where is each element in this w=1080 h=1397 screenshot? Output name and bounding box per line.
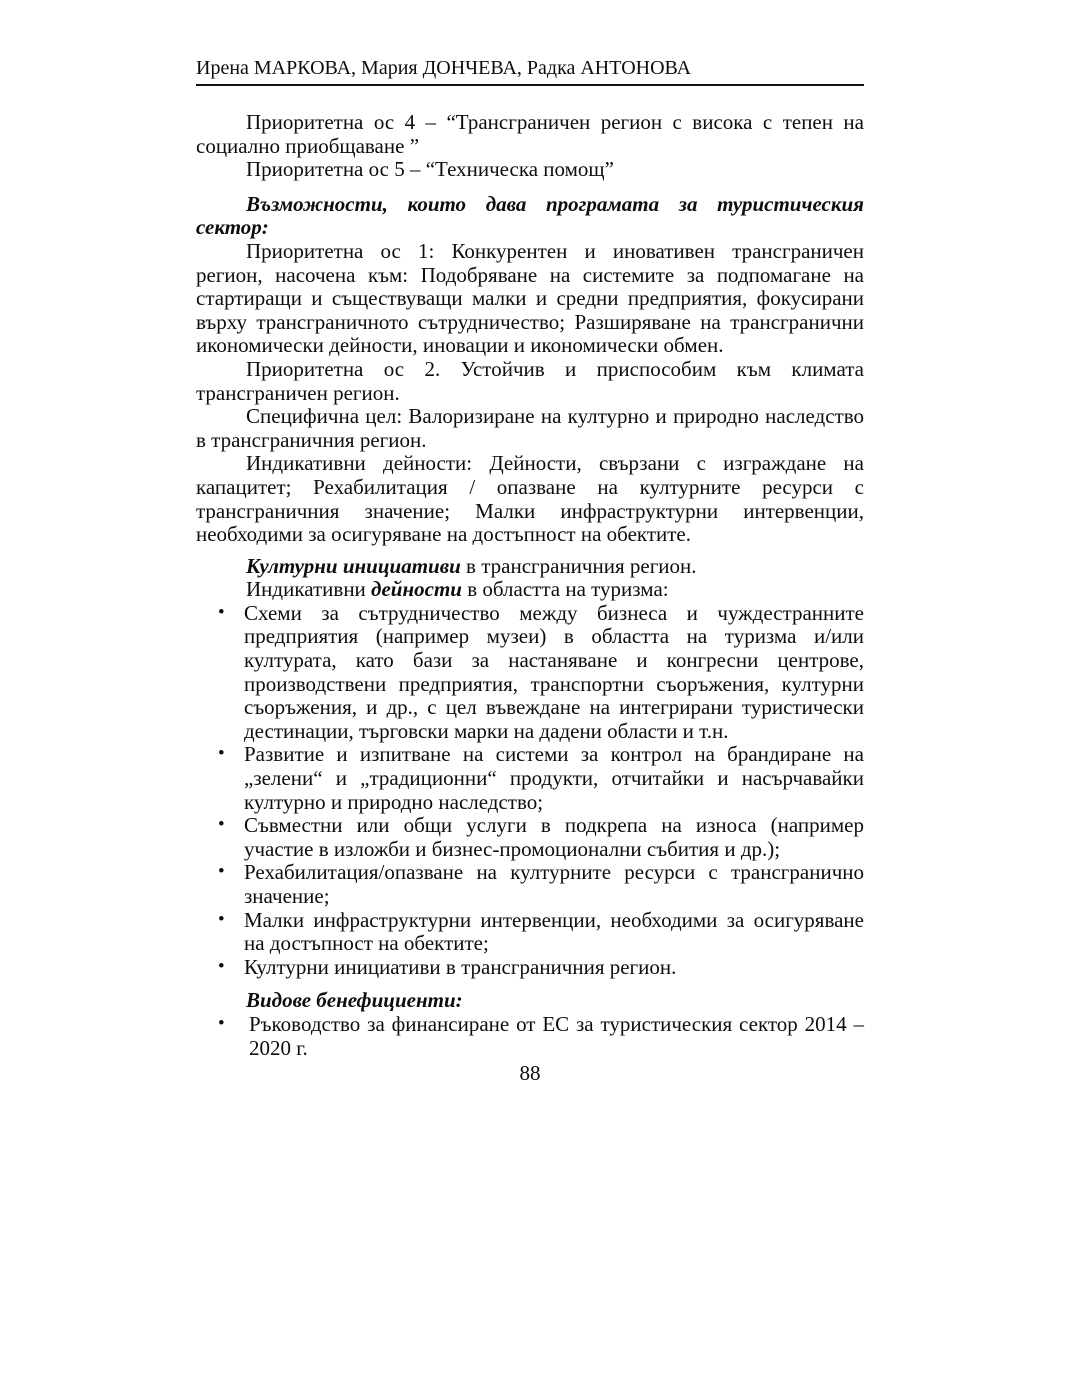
bullet-item-cultural-initiatives: • Културни инициативи в трансграничния р… [196, 956, 864, 980]
paragraph-priority-axis-5: Приоритетна ос 5 – “Техническа помощ” [196, 158, 864, 182]
bullet-text: Рехабилитация/опазване на културните рес… [244, 860, 864, 908]
bullet-item-branding: • Развитие и изпитване на системи за кон… [196, 743, 864, 814]
page-content: Ирена МАРКОВА, Мария ДОНЧЕВА, Радка АНТО… [196, 56, 864, 1086]
bullet-text: Развитие и изпитване на системи за контр… [244, 742, 864, 813]
heading-beneficiaries: Видове бенефициенти: [196, 989, 864, 1013]
bullet-text: Културни инициативи в трансграничния рег… [244, 955, 676, 979]
heading-opportunities: Възможности, които дава програмата за ту… [196, 193, 864, 240]
paragraph-indicative-activities: Индикативни дейности: Дейности, свързани… [196, 452, 864, 546]
indicative-tourism-bold: дейности [371, 577, 462, 601]
bullet-icon: • [218, 955, 225, 979]
bullet-text: Ръководство за финансиране от ЕС за тури… [249, 1012, 864, 1060]
document-page: Ирена МАРКОВА, Мария ДОНЧЕВА, Радка АНТО… [0, 0, 1080, 1397]
cultural-initiatives-rest: в трансграничния регион. [461, 554, 697, 578]
paragraph-priority-axis-4: Приоритетна ос 4 – “Трансграничен регион… [196, 111, 864, 158]
bullet-item-small-infrastructure: • Малки инфраструктурни интервенции, нео… [196, 909, 864, 956]
beneficiaries-bullet-list: • Ръководство за финансиране от ЕС за ту… [196, 1013, 864, 1060]
bullet-text: Съвместни или общи услуги в подкрепа на … [244, 813, 864, 861]
indicative-tourism-pre: Индикативни [246, 577, 371, 601]
paragraph-priority-axis-2: Приоритетна ос 2. Устойчив и приспособим… [196, 358, 864, 405]
bullet-icon: • [218, 908, 225, 932]
line-indicative-tourism: Индикативни дейности в областта на туриз… [196, 578, 864, 602]
page-number: 88 [196, 1062, 864, 1086]
bullet-icon: • [218, 813, 225, 837]
bullet-item-joint-services: • Съвместни или общи услуги в подкрепа н… [196, 814, 864, 861]
bullet-text: Малки инфраструктурни интервенции, необх… [244, 908, 864, 956]
bullet-item-eu-funding-guide: • Ръководство за финансиране от ЕС за ту… [196, 1013, 864, 1060]
paragraph-priority-axis-1: Приоритетна ос 1: Конкурентен и иноватив… [196, 240, 864, 358]
cultural-initiatives-bold: Културни инициативи [246, 554, 461, 578]
bullet-item-schemes: • Схеми за сътрудничество между бизнеса … [196, 602, 864, 744]
paragraph-specific-goal: Специфична цел: Валоризиране на културно… [196, 405, 864, 452]
running-head-authors: Ирена МАРКОВА, Мария ДОНЧЕВА, Радка АНТО… [196, 56, 864, 86]
bullet-text: Схеми за сътрудничество между бизнеса и … [244, 601, 864, 743]
bullet-icon: • [218, 860, 225, 884]
line-cultural-initiatives: Културни инициативи в трансграничния рег… [196, 555, 864, 579]
bullet-icon: • [218, 1012, 225, 1036]
bullet-icon: • [218, 601, 225, 625]
bullet-icon: • [218, 742, 225, 766]
activities-bullet-list: • Схеми за сътрудничество между бизнеса … [196, 602, 864, 980]
indicative-tourism-rest: в областта на туризма: [462, 577, 669, 601]
bullet-item-rehabilitation: • Рехабилитация/опазване на културните р… [196, 861, 864, 908]
